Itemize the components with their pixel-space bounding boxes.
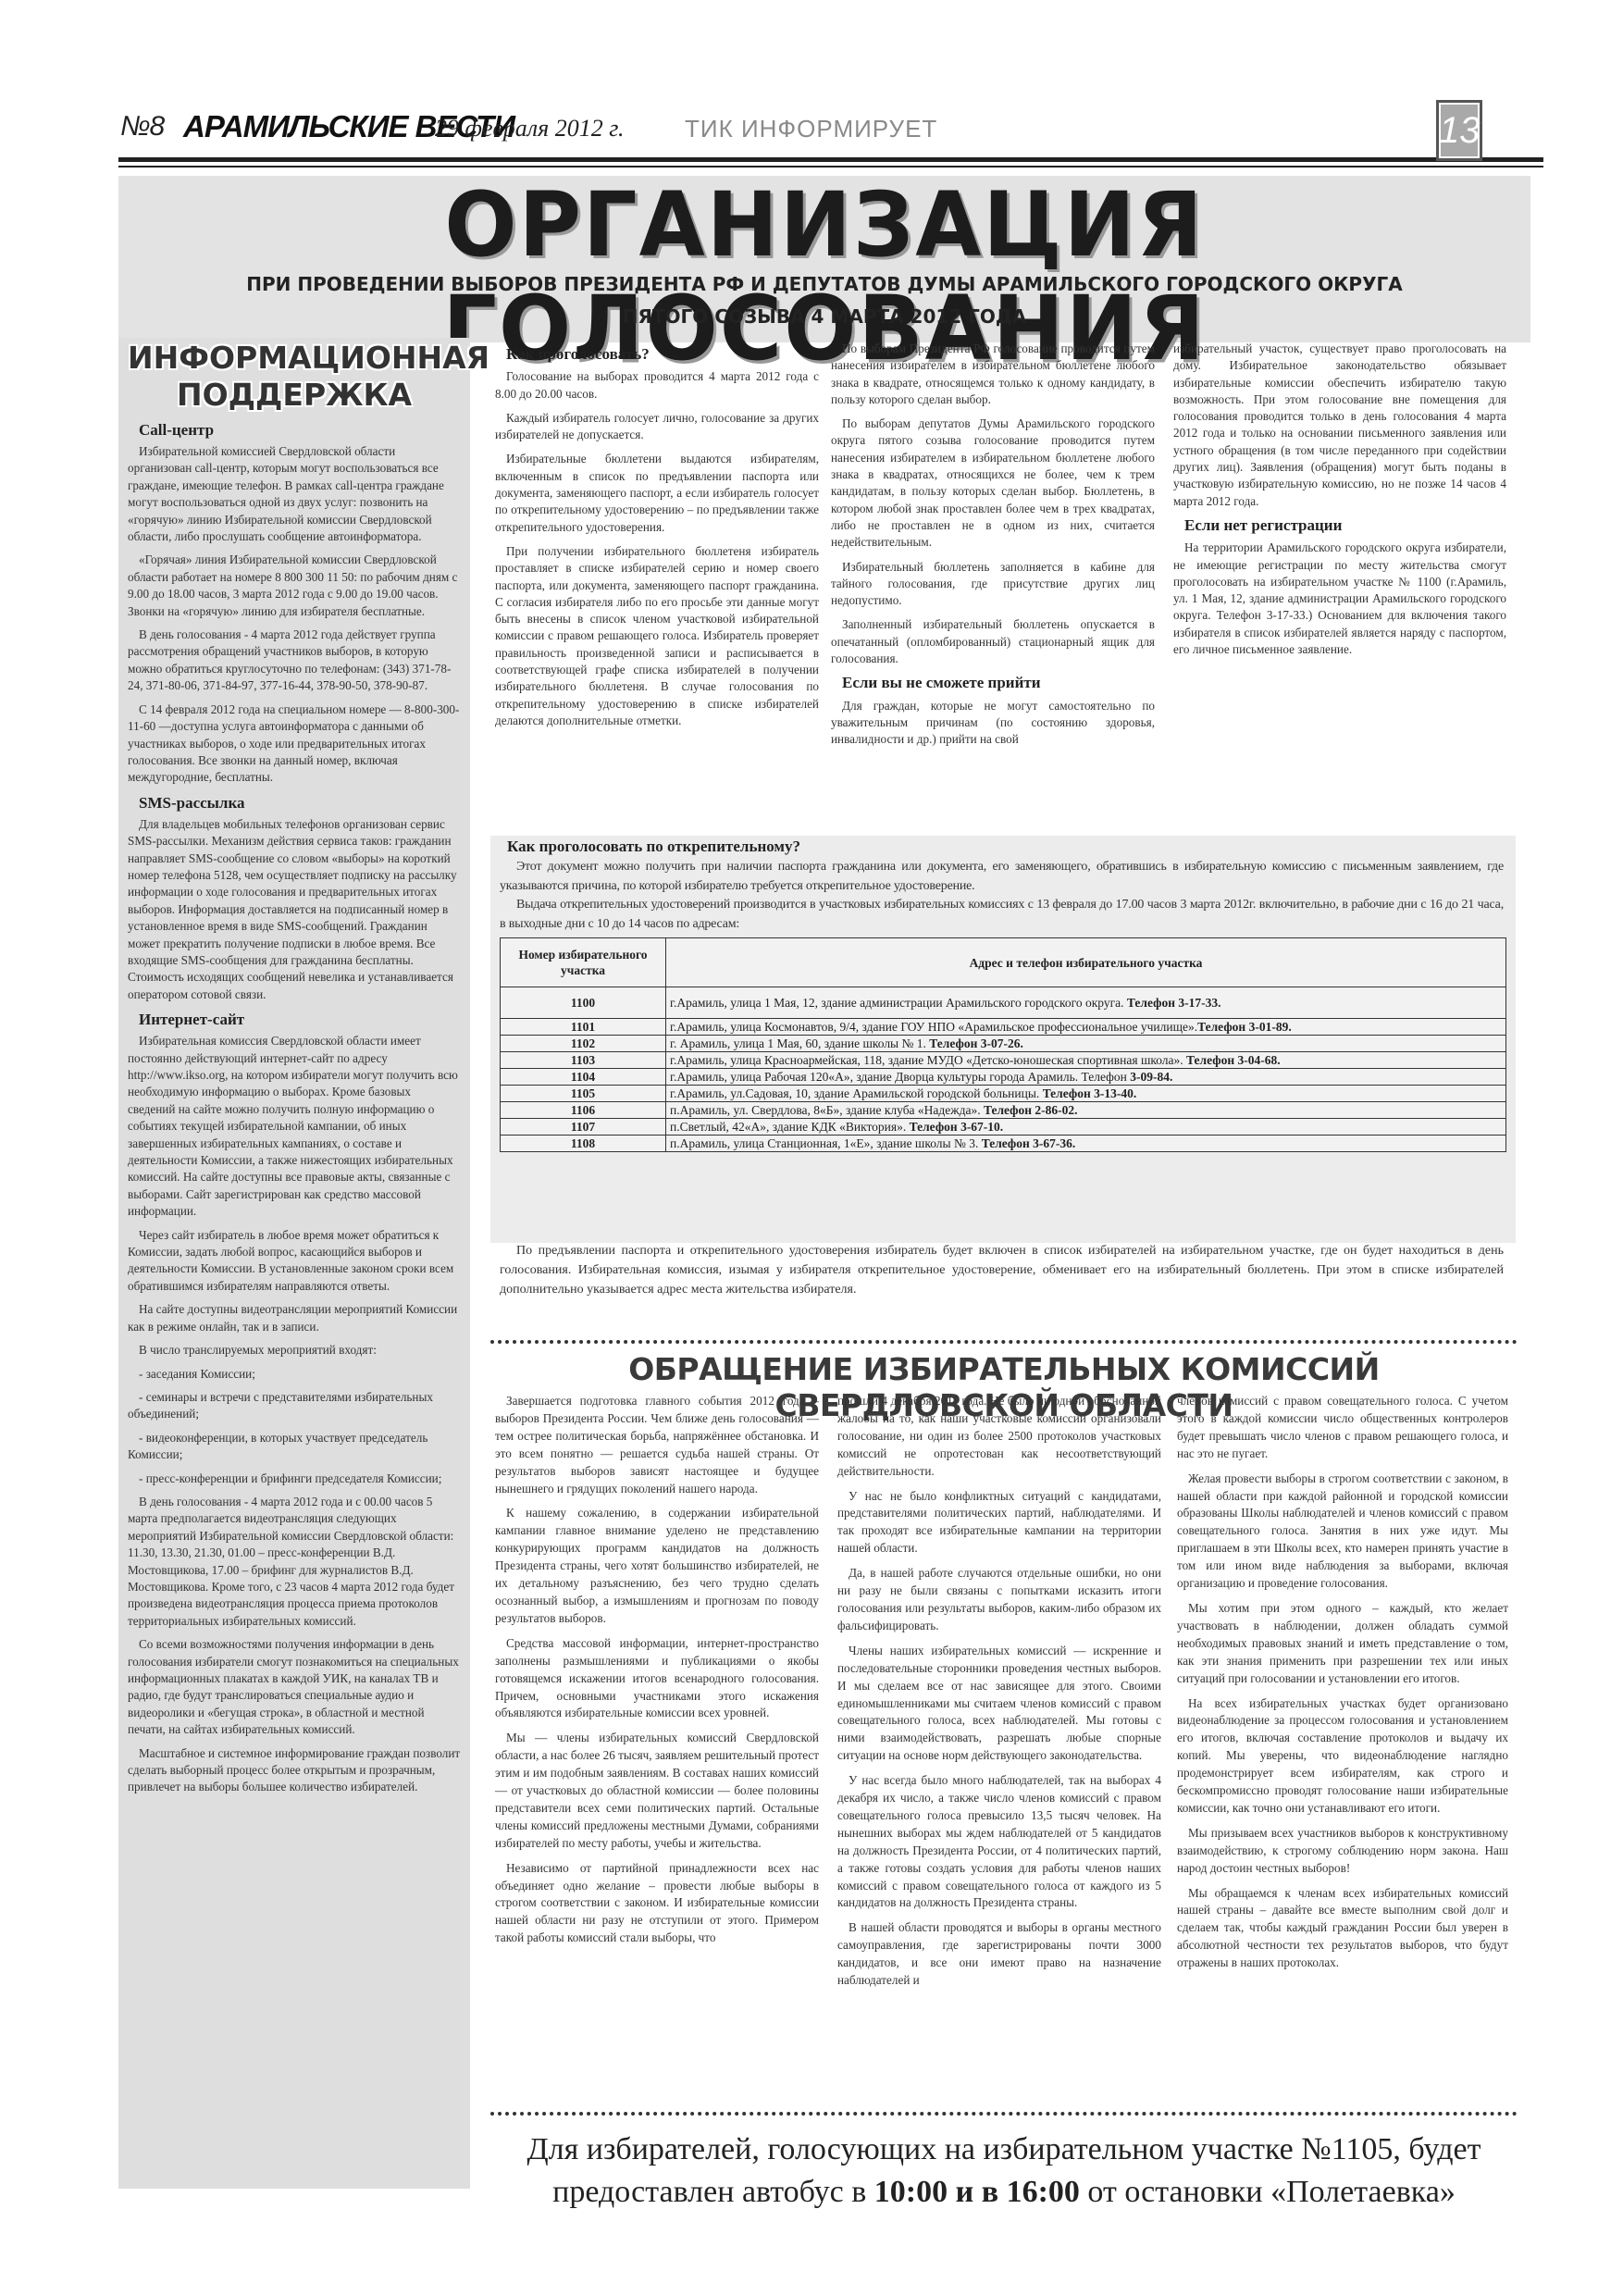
address-text: г. Арамиль, улица 1 Мая, 60, здание школ… <box>670 1036 929 1050</box>
section-heading-call-center: Call-центр <box>139 421 461 440</box>
page-header: ОРГАНИЗАЦИЯ ГОЛОСОВАНИЯ ПРИ ПРОВЕДЕНИИ В… <box>118 176 1530 342</box>
station-address: г.Арамиль, улица Рабочая 120«А», здание … <box>666 1069 1506 1086</box>
station-address: п.Арамиль, улица Станционная, 1«Е», здан… <box>666 1136 1506 1152</box>
info-support-sidebar: ИНФОРМАЦИОННАЯ ПОДДЕРЖКА Call-центр Изби… <box>118 338 470 2189</box>
paragraph: Этот документ можно получить при наличии… <box>500 858 1504 896</box>
paragraph: На сайте доступны видеотрансляции меропр… <box>128 1301 461 1335</box>
station-number: 1104 <box>501 1069 666 1086</box>
cant-come-heading: Если вы не сможете прийти <box>842 675 1155 691</box>
station-address: п.Светлый, 42«А», здание КДК «Виктория».… <box>666 1119 1506 1136</box>
paragraph: Избирательной комиссией Свердловской обл… <box>128 443 461 545</box>
table-row: 1103г.Арамиль, улица Красноармейская, 11… <box>501 1052 1506 1069</box>
paragraph: У нас всегда было много наблюдателей, та… <box>837 1772 1161 1912</box>
station-address: г.Арамиль, улица 1 Мая, 12, здание админ… <box>666 987 1506 1019</box>
address-text: г.Арамиль, улица Космонавтов, 9/4, здани… <box>670 1020 1197 1034</box>
paragraph: Через сайт избиратель в любое время може… <box>128 1227 461 1296</box>
paragraph: К нашему сожалению, в содержании избират… <box>495 1505 819 1627</box>
paragraph: Заполненный избирательный бюллетень опус… <box>831 616 1155 667</box>
address-text: п.Арамиль, ул. Свердлова, 8«Б», здание к… <box>670 1103 984 1117</box>
paragraph: Масштабное и системное информирование гр… <box>128 1745 461 1796</box>
sidebar-title-line1: ИНФОРМАЦИОННАЯ <box>128 340 461 377</box>
sidebar-title: ИНФОРМАЦИОННАЯ ПОДДЕРЖКА <box>128 340 461 414</box>
bus-notice: Для избирателей, голосующих на избирател… <box>490 2128 1518 2214</box>
paragraph: По выборам Президента РФ голосование про… <box>831 341 1155 408</box>
appeal-column-2: прошли 4 декабря 2011 года. Не было ни о… <box>837 1393 1161 1997</box>
address-text: г.Арамиль, улица Рабочая 120«А», здание … <box>670 1070 1130 1084</box>
paragraph: Члены наших избирательных комиссий — иск… <box>837 1643 1161 1765</box>
station-number: 1106 <box>501 1102 666 1119</box>
paragraph: На всех избирательных участках будет орг… <box>1177 1695 1508 1818</box>
paragraph: Для владельцев мобильных телефонов орган… <box>128 816 461 1003</box>
station-address: п.Арамиль, ул. Свердлова, 8«Б», здание к… <box>666 1102 1506 1119</box>
how-to-vote-heading: Как проголосовать? <box>506 346 819 363</box>
absentee-voting-box: Как проголосовать по открепительному? Эт… <box>490 836 1516 1243</box>
table-row: 1105г.Арамиль, ул.Садовая, 10, здание Ар… <box>501 1086 1506 1102</box>
paragraph: По предъявлении паспорта и открепительно… <box>500 1241 1504 1299</box>
section-heading-sms: SMS-рассылка <box>139 794 461 813</box>
table-header-row: Номер избирательного участка Адрес и тел… <box>501 938 1506 987</box>
absentee-after-table: По предъявлении паспорта и открепительно… <box>500 1241 1504 1299</box>
paragraph: Избирательные бюллетени выдаются избират… <box>495 451 819 535</box>
station-number: 1107 <box>501 1119 666 1136</box>
section-heading-website: Интернет-сайт <box>139 1011 461 1029</box>
station-number: 1102 <box>501 1036 666 1052</box>
table-row: 1107п.Светлый, 42«А», здание КДК «Виктор… <box>501 1119 1506 1136</box>
paragraph: В день голосования - 4 марта 2012 года и… <box>128 1494 461 1630</box>
phone-text: 3-09-84. <box>1130 1070 1172 1084</box>
paragraph: Со всеми возможностями получения информа… <box>128 1636 461 1738</box>
paragraph: Каждый избиратель голосует лично, голосо… <box>495 410 819 444</box>
absentee-heading: Как проголосовать по открепительному? <box>507 838 800 856</box>
station-number: 1108 <box>501 1136 666 1152</box>
address-text: г.Арамиль, улица Красноармейская, 118, з… <box>670 1053 1186 1067</box>
paragraph: В число транслируемых мероприятий входят… <box>128 1342 461 1359</box>
station-number: 1103 <box>501 1052 666 1069</box>
paragraph: Избирательная комиссия Свердловской обла… <box>128 1033 461 1220</box>
paragraph: При получении избирательного бюллетеня и… <box>495 543 819 729</box>
page-subtitle: ПРИ ПРОВЕДЕНИИ ВЫБОРОВ ПРЕЗИДЕНТА РФ И Д… <box>118 273 1530 295</box>
how-to-vote-column-2: По выборам Президента РФ голосование про… <box>831 341 1155 756</box>
bus-notice-line2: предоставлен автобус в 10:00 и в 16:00 о… <box>490 2171 1518 2214</box>
bus-times: 10:00 и в 16:00 <box>874 2175 1080 2209</box>
phone-text: Телефон 3-13-40. <box>1043 1086 1137 1100</box>
column-header-address: Адрес и телефон избирательного участка <box>666 938 1506 987</box>
phone-text: Телефон 3-67-10. <box>910 1120 1004 1134</box>
how-to-vote-column-3: избирательный участок, существует право … <box>1173 341 1506 665</box>
column-header-number: Номер избирательного участка <box>501 938 666 987</box>
absentee-text: Этот документ можно получить при наличии… <box>500 858 1504 934</box>
list-item: - семинары и встречи с представителями и… <box>128 1389 461 1423</box>
station-address: г.Арамиль, улица Красноармейская, 118, з… <box>666 1052 1506 1069</box>
station-address: г.Арамиль, улица Космонавтов, 9/4, здани… <box>666 1019 1506 1036</box>
notice-text: от остановки «Полетаевка» <box>1080 2175 1456 2209</box>
sidebar-title-line2: ПОДДЕРЖКА <box>128 377 461 414</box>
masthead-rule <box>118 157 1543 162</box>
address-text: г.Арамиль, улица 1 Мая, 12, здание админ… <box>670 996 1127 1010</box>
appeal-column-3: членов комиссий с правом совещательного … <box>1177 1393 1508 1980</box>
polling-stations-table: Номер избирательного участка Адрес и тел… <box>500 937 1506 1152</box>
dotted-divider <box>490 2112 1518 2116</box>
bus-notice-line1: Для избирателей, голосующих на избирател… <box>490 2128 1518 2171</box>
dotted-divider <box>490 1340 1518 1344</box>
paragraph: Выдача открепительных удостоверений прои… <box>500 896 1504 934</box>
page-number: 13 <box>1436 100 1482 161</box>
paragraph: членов комиссий с правом совещательного … <box>1177 1393 1508 1463</box>
rubric-label: ТИК ИНФОРМИРУЕТ <box>685 115 937 143</box>
phone-text: Телефон 3-67-36. <box>982 1136 1076 1150</box>
table-row: 1102г. Арамиль, улица 1 Мая, 60, здание … <box>501 1036 1506 1052</box>
address-text: п.Арамиль, улица Станционная, 1«Е», здан… <box>670 1136 982 1150</box>
station-number: 1105 <box>501 1086 666 1102</box>
paragraph: На территории Арамильского городского ок… <box>1173 540 1506 658</box>
phone-text: Телефон 3-01-89. <box>1197 1020 1292 1034</box>
paragraph: Независимо от партийной принадлежности в… <box>495 1860 819 1948</box>
paragraph: Мы хотим при этом одного – каждый, кто ж… <box>1177 1600 1508 1688</box>
table-row: 1108п.Арамиль, улица Станционная, 1«Е», … <box>501 1136 1506 1152</box>
notice-text: предоставлен автобус в <box>552 2175 874 2209</box>
station-address: г.Арамиль, ул.Садовая, 10, здание Арамил… <box>666 1086 1506 1102</box>
paragraph: прошли 4 декабря 2011 года. Не было ни о… <box>837 1393 1161 1481</box>
table-row: 1100г.Арамиль, улица 1 Мая, 12, здание а… <box>501 987 1506 1019</box>
phone-text: Телефон 2-86-02. <box>984 1103 1078 1117</box>
station-number: 1101 <box>501 1019 666 1036</box>
paragraph: Завершается подготовка главного события … <box>495 1393 819 1497</box>
issue-date: 29 февраля 2012 г. <box>435 115 625 143</box>
paragraph: Мы — члены избирательных комиссий Свердл… <box>495 1730 819 1852</box>
masthead: №8 АРАМИЛЬСКИЕ ВЕСТИ 29 февраля 2012 г. … <box>120 104 1545 159</box>
paragraph: Мы обращаемся к членам всех избирательны… <box>1177 1885 1508 1973</box>
paragraph: В нашей области проводятся и выборы в ор… <box>837 1919 1161 1990</box>
station-address: г. Арамиль, улица 1 Мая, 60, здание школ… <box>666 1036 1506 1052</box>
paragraph: «Горячая» линия Избирательной комиссии С… <box>128 552 461 620</box>
paragraph: Средства массовой информации, интернет-п… <box>495 1635 819 1723</box>
phone-text: Телефон 3-07-26. <box>929 1036 1023 1050</box>
paragraph: Мы призываем всех участников выборов к к… <box>1177 1825 1508 1878</box>
paragraph: У нас не было конфликтных ситуаций с кан… <box>837 1488 1161 1558</box>
paragraph: Избирательный бюллетень заполняется в ка… <box>831 559 1155 610</box>
no-registration-heading: Если нет регистрации <box>1184 517 1506 534</box>
page-subtitle-date: ПЯТОГО СОЗЫВА 4 МАРТА 2012 ГОДА <box>118 305 1530 328</box>
table-row: 1101г.Арамиль, улица Космонавтов, 9/4, з… <box>501 1019 1506 1036</box>
paragraph: По выборам депутатов Думы Арамильского г… <box>831 416 1155 551</box>
address-text: п.Светлый, 42«А», здание КДК «Виктория». <box>670 1120 910 1134</box>
masthead-rule-thin <box>118 166 1543 168</box>
phone-text: Телефон 3-17-33. <box>1127 996 1221 1010</box>
list-item: - видеоконференции, в которых участвует … <box>128 1430 461 1464</box>
paragraph: В день голосования - 4 марта 2012 года д… <box>128 627 461 695</box>
appeal-column-1: Завершается подготовка главного события … <box>495 1393 819 1955</box>
list-item: - пресс-конференции и брифинги председат… <box>128 1471 461 1487</box>
paragraph: Да, в нашей работе случаются отдельные о… <box>837 1565 1161 1635</box>
station-number: 1100 <box>501 987 666 1019</box>
list-item: - заседания Комиссии; <box>128 1366 461 1383</box>
paragraph: Для граждан, которые не могут самостояте… <box>831 698 1155 749</box>
paragraph: Голосование на выборах проводится 4 март… <box>495 368 819 403</box>
paragraph: избирательный участок, существует право … <box>1173 341 1506 510</box>
how-to-vote-column-1: Как проголосовать? Голосование на выбора… <box>495 341 819 737</box>
table-row: 1104г.Арамиль, улица Рабочая 120«А», зда… <box>501 1069 1506 1086</box>
issue-number: №8 <box>120 111 164 143</box>
address-text: г.Арамиль, ул.Садовая, 10, здание Арамил… <box>670 1086 1043 1100</box>
table-row: 1106п.Арамиль, ул. Свердлова, 8«Б», здан… <box>501 1102 1506 1119</box>
paragraph: С 14 февраля 2012 года на специальном но… <box>128 701 461 787</box>
phone-text: Телефон 3-04-68. <box>1186 1053 1281 1067</box>
paragraph: Желая провести выборы в строгом соответс… <box>1177 1471 1508 1593</box>
